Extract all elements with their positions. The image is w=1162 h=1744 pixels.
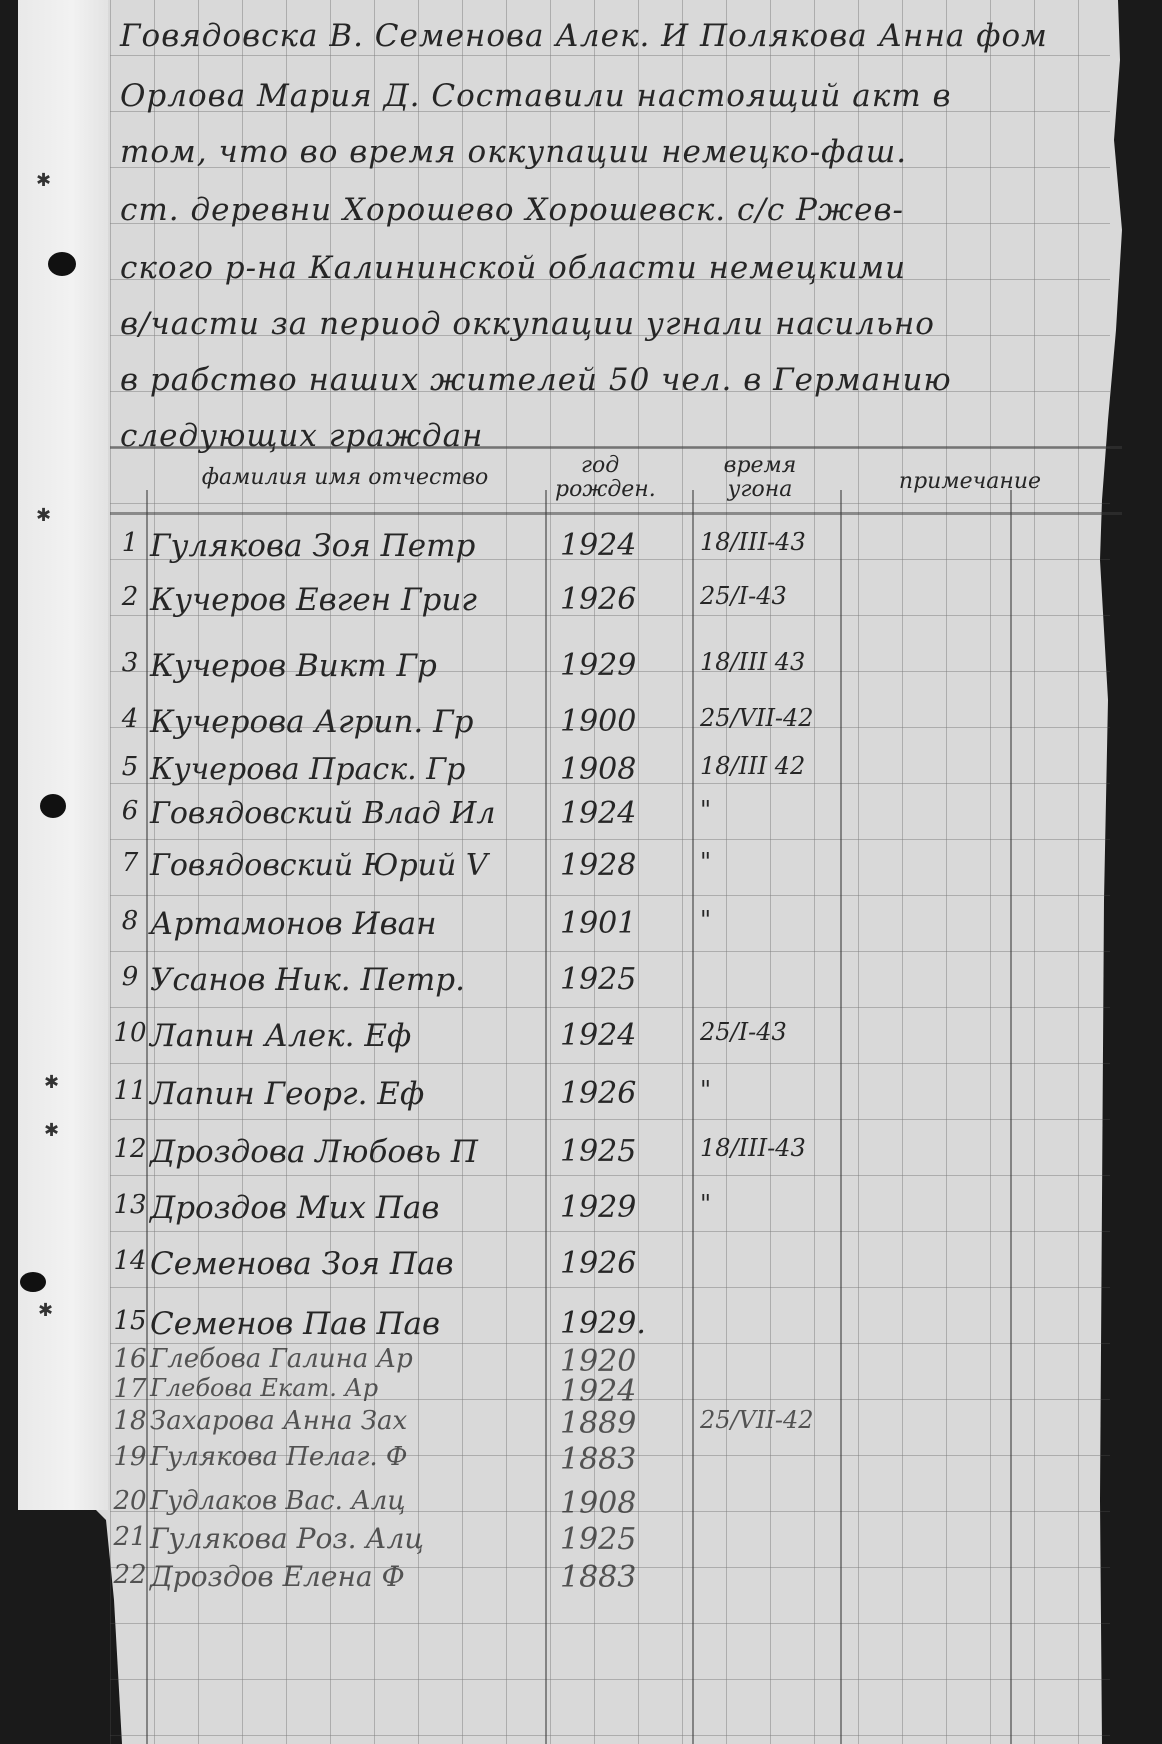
person-name: Гулякова Зоя Петр: [150, 528, 530, 564]
person-name: Кучерова Праск. Гр: [150, 752, 530, 787]
person-name: Гудлаков Вас. Алц: [150, 1486, 530, 1516]
person-name: Глебова Галина Ар: [150, 1344, 530, 1374]
person-name: Глебова Екат. Ар: [150, 1374, 530, 1402]
birth-year: 1908: [560, 1486, 660, 1521]
deportation-date: 18/III 42: [700, 752, 840, 780]
paragraph-line: ст. деревни Хорошево Хорошевск. с/с Ржев…: [120, 192, 904, 228]
row-number: 14: [112, 1246, 148, 1276]
punch-hole: [40, 794, 66, 818]
staple-mark: ✱: [44, 1072, 59, 1093]
deportation-date: ": [700, 1190, 840, 1218]
deportation-date: 25/I-43: [700, 1018, 840, 1046]
row-number: 18: [112, 1406, 148, 1436]
row-number: 19: [112, 1442, 148, 1472]
row-number: 7: [112, 848, 148, 878]
birth-year: 1924: [560, 1374, 660, 1409]
birth-year: 1900: [560, 704, 660, 739]
birth-year: 1929: [560, 648, 660, 683]
birth-year: 1926: [560, 1246, 660, 1281]
person-name: Усанов Ник. Петр.: [150, 962, 530, 998]
column-rule: [545, 490, 547, 1744]
row-number: 4: [112, 704, 148, 734]
deportation-date: 18/III-43: [700, 528, 840, 556]
person-name: Дроздова Любовь П: [150, 1134, 530, 1170]
paragraph-line: том, что во время оккупации немецко-фаш.: [120, 134, 907, 170]
birth-year: 1929.: [560, 1306, 660, 1341]
row-number: 15: [112, 1306, 148, 1336]
birth-year: 1883: [560, 1442, 660, 1477]
row-number: 3: [112, 648, 148, 678]
person-name: Семенов Пав Пав: [150, 1306, 530, 1342]
birth-year: 1929: [560, 1190, 660, 1225]
deportation-date: ": [700, 1076, 840, 1104]
row-number: 11: [112, 1076, 148, 1106]
person-name: Дроздов Мих Пав: [150, 1190, 530, 1226]
person-name: Дроздов Елена Ф: [150, 1560, 530, 1593]
column-rule: [692, 490, 694, 1744]
deportation-date: 25/VII-42: [700, 1406, 840, 1434]
birth-year: 1928: [560, 848, 660, 883]
person-name: Кучерова Агрип. Гр: [150, 704, 530, 740]
birth-year: 1926: [560, 1076, 660, 1111]
row-number: 13: [112, 1190, 148, 1220]
row-number: 10: [112, 1018, 148, 1048]
row-number: 16: [112, 1344, 148, 1374]
person-name: Гулякова Пелаг. Ф: [150, 1442, 530, 1472]
birth-year: 1925: [560, 962, 660, 997]
birth-year: 1925: [560, 1134, 660, 1169]
paragraph-line: Орлова Мария Д. Составили настоящий акт …: [120, 78, 952, 114]
column-rule: [1010, 490, 1012, 1744]
paragraph-line: ского р-на Калининской области немецкими: [120, 250, 906, 286]
person-name: Захарова Анна Зах: [150, 1406, 530, 1436]
person-name: Семенова Зоя Пав: [150, 1246, 530, 1282]
paragraph-line: в рабство наших жителей 50 чел. в Герман…: [120, 362, 952, 398]
table-header-rule: [110, 512, 1122, 515]
punch-hole: [48, 252, 76, 276]
deportation-date: 25/VII-42: [700, 704, 840, 732]
row-number: 12: [112, 1134, 148, 1164]
deportation-date: 18/III 43: [700, 648, 840, 676]
birth-year: 1883: [560, 1560, 660, 1595]
paragraph-line: следующих граждан: [120, 418, 483, 454]
birth-year: 1925: [560, 1522, 660, 1557]
row-number: 8: [112, 906, 148, 936]
row-number: 5: [112, 752, 148, 782]
birth-year: 1901: [560, 906, 660, 941]
staple-mark: ✱: [44, 1120, 59, 1141]
person-name: Говядовский Влад Ил: [150, 796, 530, 831]
birth-year: 1924: [560, 528, 660, 563]
punch-hole: [20, 1272, 46, 1292]
deportation-date: ": [700, 906, 840, 934]
deportation-date: ": [700, 796, 840, 824]
person-name: Кучеров Евген Григ: [150, 582, 530, 618]
paragraph-line: Говядовска В. Семенова Алек. И Полякова …: [120, 18, 1048, 54]
column-rule: [146, 490, 148, 1744]
staple-mark: ✱: [36, 170, 51, 191]
row-number: 9: [112, 962, 148, 992]
person-name: Лапин Георг. Еф: [150, 1076, 530, 1112]
birth-year: 1908: [560, 752, 660, 787]
staple-mark: ✱: [36, 505, 51, 526]
row-number: 22: [112, 1560, 148, 1590]
paragraph-line: в/части за период оккупации угнали насил…: [120, 306, 935, 342]
person-name: Артамонов Иван: [150, 906, 530, 942]
column-rule: [840, 490, 842, 1744]
staple-mark: ✱: [38, 1300, 53, 1321]
header-name: фамилия имя отчество: [180, 466, 510, 490]
birth-year: 1924: [560, 1018, 660, 1053]
row-number: 20: [112, 1486, 148, 1516]
birth-year: 1889: [560, 1406, 660, 1441]
header-note: примечание: [850, 470, 1090, 494]
deportation-date: 25/I-43: [700, 582, 840, 610]
deportation-date: ": [700, 848, 840, 876]
birth-year: 1926: [560, 582, 660, 617]
row-number: 2: [112, 582, 148, 612]
header-year: год рожден.: [555, 454, 645, 502]
person-name: Кучеров Викт Гр: [150, 648, 530, 684]
person-name: Лапин Алек. Еф: [150, 1018, 530, 1054]
birth-year: 1924: [560, 796, 660, 831]
header-date: время угона: [700, 454, 820, 502]
deportation-date: 18/III-43: [700, 1134, 840, 1162]
row-number: 21: [112, 1522, 148, 1552]
row-number: 17: [112, 1374, 148, 1404]
row-number: 6: [112, 796, 148, 826]
person-name: Гулякова Роз. Алц: [150, 1522, 530, 1555]
row-number: 1: [112, 528, 148, 558]
person-name: Говядовский Юрий V: [150, 848, 530, 883]
